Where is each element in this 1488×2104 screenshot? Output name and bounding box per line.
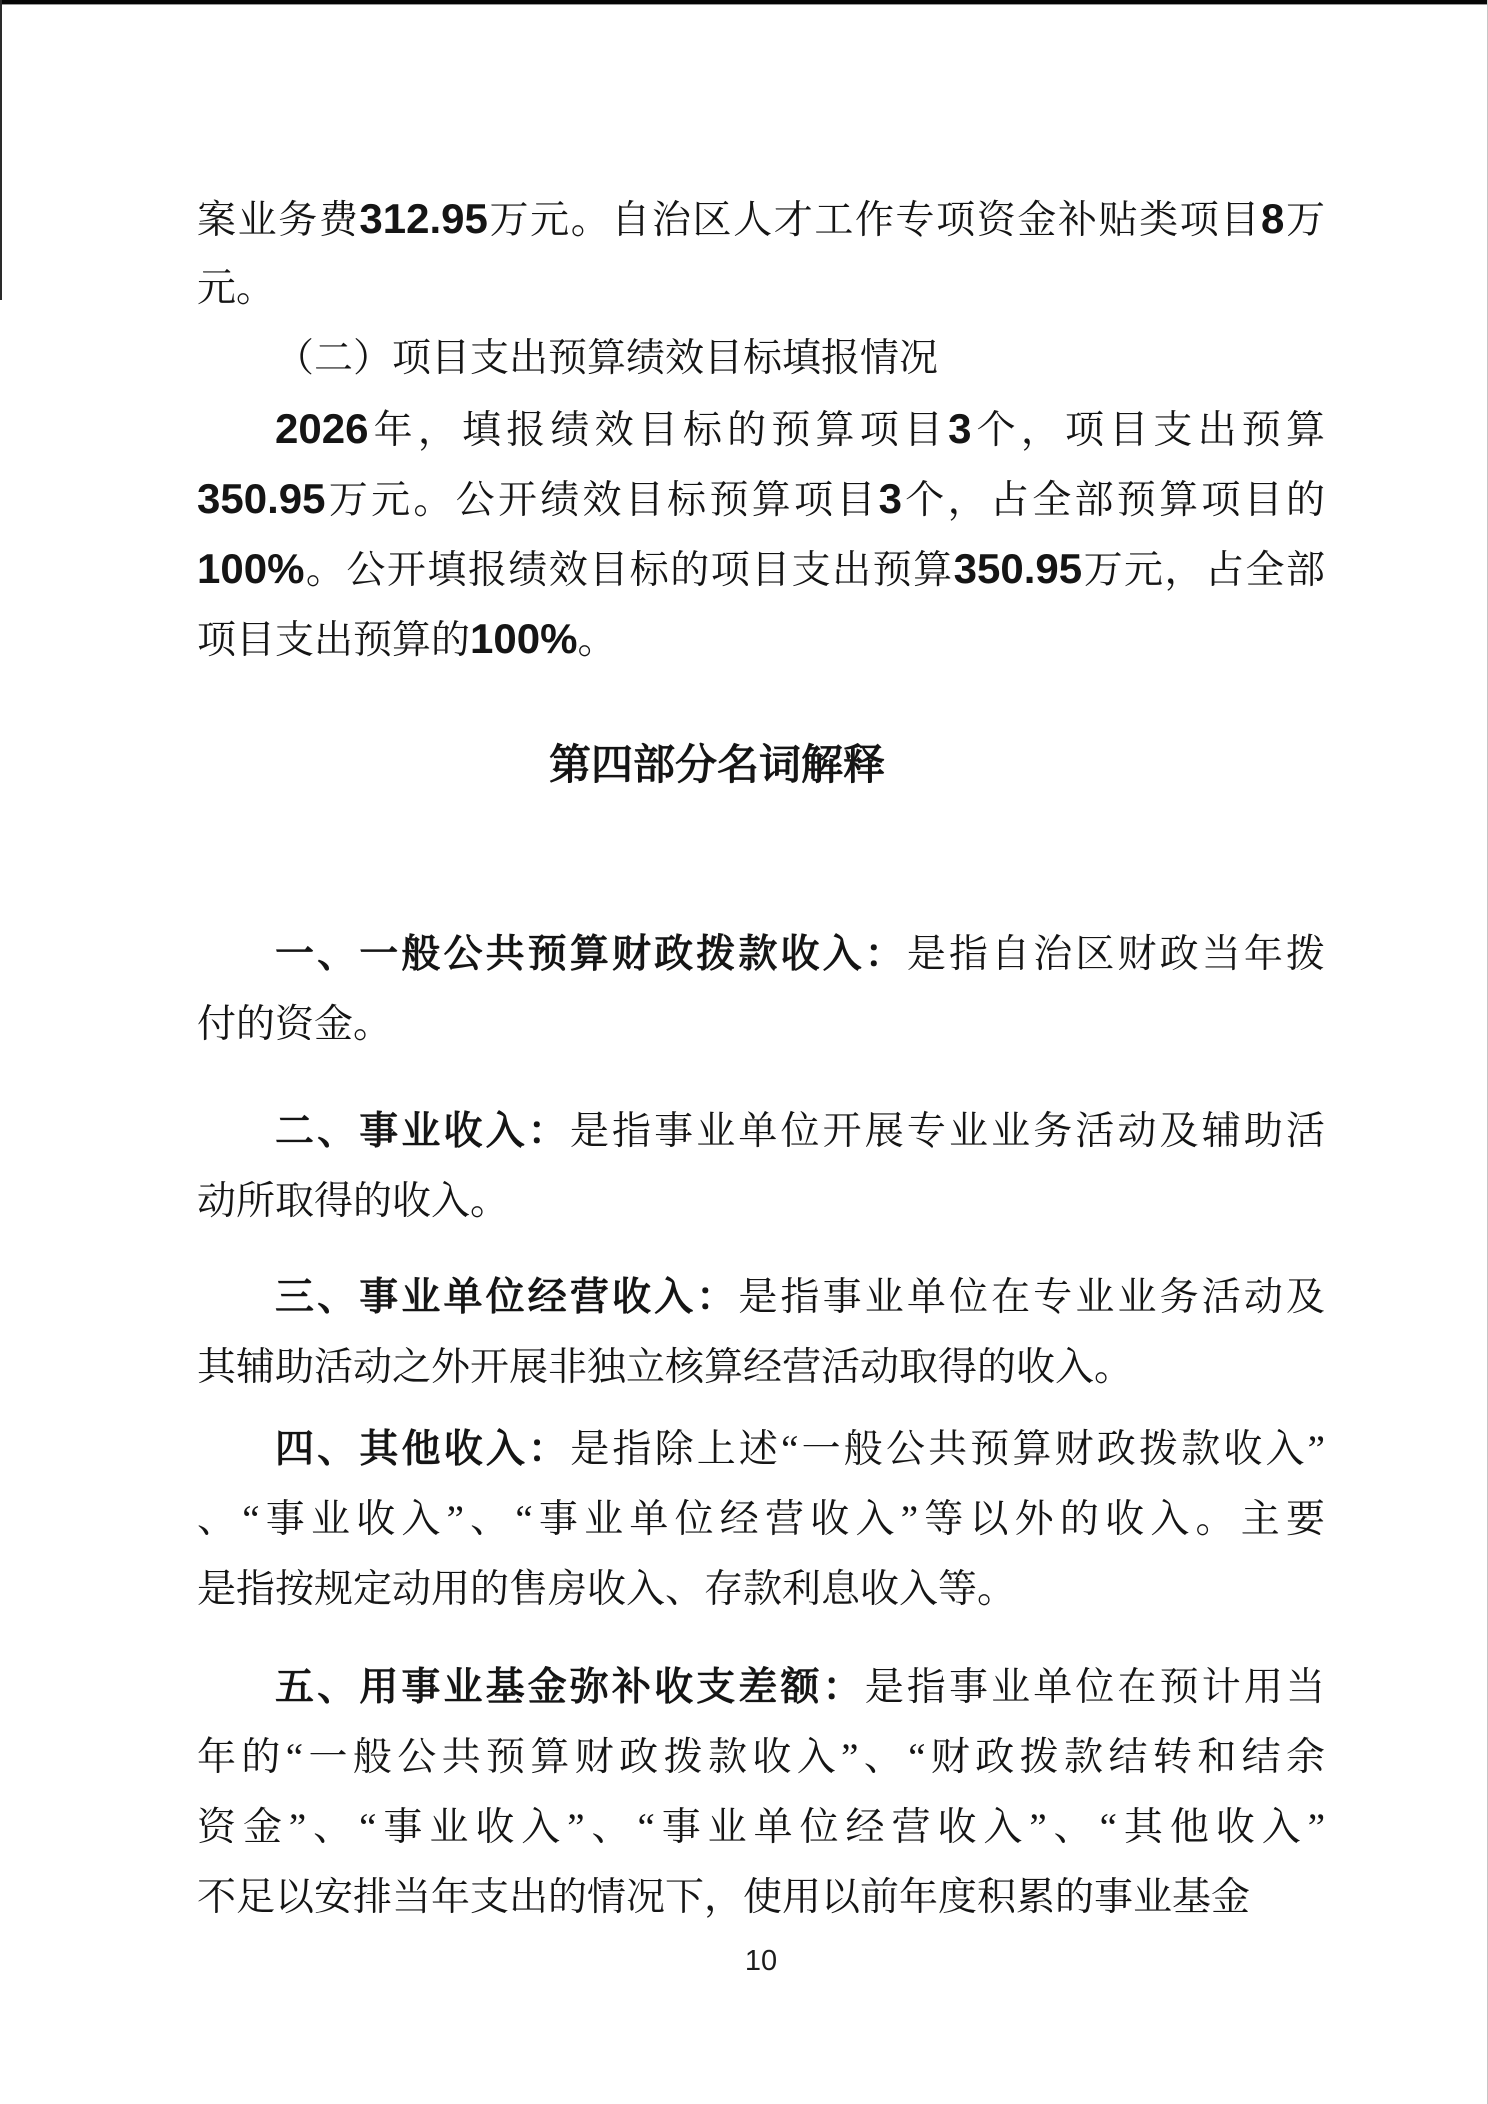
text-line: （二）项目支出预算绩效目标填报情况 [197,324,1325,394]
body-text: 动所取得的收入。 [197,1180,509,1223]
body-text: 项目支出预算的 [197,619,470,662]
term-paragraph: 五、用事业基金弥补收支差额：是指事业单位在预计用当年的“一般公共预算财政拨款收入… [197,1653,1325,1933]
page-number: 10 [197,1941,1325,1981]
body-text: 万元。自治区人才工作专项资金补贴类项目 [488,199,1261,242]
document-page: 案业务费312.95万元。自治区人才工作专项资金补贴类项目8万元。（二）项目支出… [0,0,1488,2104]
numeric-text: 350.95 [954,545,1082,592]
numeric-text: 350.95 [197,475,325,522]
term-paragraph: 三、事业单位经营收入：是指事业单位在专业业务活动及其辅助活动之外开展非独立核算经… [197,1263,1325,1403]
body-text: 是指按规定动用的售房收入、存款利息收入等。 [197,1568,1016,1611]
numeric-text: 100% [197,545,304,592]
body-text: 万元，占全部 [1082,549,1325,592]
body-text: 年，填报绩效目标的预算项目 [368,409,948,452]
body-text: 个，项目支出预算 [971,409,1325,452]
text-line: 动所取得的收入。 [197,1167,1325,1237]
term-paragraph: 一、一般公共预算财政拨款收入：是指自治区财政当年拨付的资金。 [197,920,1325,1060]
body-text: 不足以安排当年支出的情况下，使用以前年度积累的事业基金 [197,1876,1250,1919]
text-line: 、“事业收入”、“事业单位经营收入”等以外的收入。主要 [197,1485,1325,1555]
term-label: 四、其他收入： [275,1428,570,1471]
intro-block: 案业务费312.95万元。自治区人才工作专项资金补贴类项目8万元。（二）项目支出… [197,184,1325,674]
numeric-text: 2026 [275,405,368,452]
text-line: 一、一般公共预算财政拨款收入：是指自治区财政当年拨 [197,920,1325,990]
text-line: 100%。公开填报绩效目标的项目支出预算350.95万元，占全部 [197,534,1325,604]
term-label: 五、用事业基金弥补收支差额： [275,1666,865,1709]
body-text: 资金”、“事业收入”、“事业单位经营收入”、“其他收入” [197,1806,1325,1849]
term-paragraph: 二、事业收入：是指事业单位开展专业业务活动及辅助活动所取得的收入。 [197,1097,1325,1237]
text-line: 资金”、“事业收入”、“事业单位经营收入”、“其他收入” [197,1793,1325,1863]
body-text: 案业务费 [197,199,359,242]
body-text: 是指事业单位在预计用当 [865,1666,1325,1709]
page-content: 案业务费312.95万元。自治区人才工作专项资金补贴类项目8万元。（二）项目支出… [197,184,1325,1981]
body-text: 是指事业单位在专业业务活动及 [738,1276,1325,1319]
body-text: （二）项目支出预算绩效目标填报情况 [275,337,938,380]
numeric-text: 8 [1261,195,1284,242]
text-line: 三、事业单位经营收入：是指事业单位在专业业务活动及 [197,1263,1325,1333]
numeric-text: 100% [470,615,577,662]
text-line: 二、事业收入：是指事业单位开展专业业务活动及辅助活 [197,1097,1325,1167]
term-paragraph: 四、其他收入：是指除上述“一般公共预算财政拨款收入”、“事业收入”、“事业单位经… [197,1415,1325,1625]
text-line: 350.95万元。公开绩效目标预算项目3个，占全部预算项目的 [197,464,1325,534]
text-line: 是指按规定动用的售房收入、存款利息收入等。 [197,1555,1325,1625]
body-text: 是指除上述“一般公共预算财政拨款收入” [570,1428,1325,1471]
body-text: 、“事业收入”、“事业单位经营收入”等以外的收入。主要 [197,1498,1325,1541]
text-line: 案业务费312.95万元。自治区人才工作专项资金补贴类项目8万 [197,184,1325,254]
body-text: 个，占全部预算项目的 [902,479,1325,522]
body-text: 万 [1284,199,1325,242]
page-left-edge [0,0,2,300]
term-label: 二、事业收入： [275,1110,570,1153]
text-line: 五、用事业基金弥补收支差额：是指事业单位在预计用当 [197,1653,1325,1723]
body-text: 。公开填报绩效目标的项目支出预算 [304,549,953,592]
body-text: 元。 [197,267,275,310]
text-line: 付的资金。 [197,990,1325,1060]
terms-block: 一、一般公共预算财政拨款收入：是指自治区财政当年拨付的资金。二、事业收入：是指事… [197,920,1325,1933]
body-text: 。 [577,619,616,662]
text-line: 不足以安排当年支出的情况下，使用以前年度积累的事业基金 [197,1863,1325,1933]
text-line: 年的“一般公共预算财政拨款收入”、“财政拨款结转和结余 [197,1723,1325,1793]
body-text: 年的“一般公共预算财政拨款收入”、“财政拨款结转和结余 [197,1736,1325,1779]
text-line: 2026年，填报绩效目标的预算项目3个，项目支出预算 [197,394,1325,464]
numeric-text: 3 [948,405,971,452]
term-label: 三、事业单位经营收入： [275,1276,738,1319]
text-line: 项目支出预算的100%。 [197,604,1325,674]
section-heading: 第四部分名词解释 [153,731,1281,801]
body-text: 是指事业单位开展专业业务活动及辅助活 [570,1110,1325,1153]
text-line: 其辅助活动之外开展非独立核算经营活动取得的收入。 [197,1333,1325,1403]
text-line: 元。 [197,254,1325,324]
page-top-edge-shadow [0,4,1488,5]
numeric-text: 3 [879,475,902,522]
text-line: 四、其他收入：是指除上述“一般公共预算财政拨款收入” [197,1415,1325,1485]
body-text: 万元。公开绩效目标预算项目 [325,479,878,522]
numeric-text: 312.95 [359,195,487,242]
term-label: 一、一般公共预算财政拨款收入： [275,933,907,976]
body-text: 是指自治区财政当年拨 [907,933,1325,976]
body-text: 付的资金。 [197,1003,392,1046]
body-text: 其辅助活动之外开展非独立核算经营活动取得的收入。 [197,1346,1133,1389]
